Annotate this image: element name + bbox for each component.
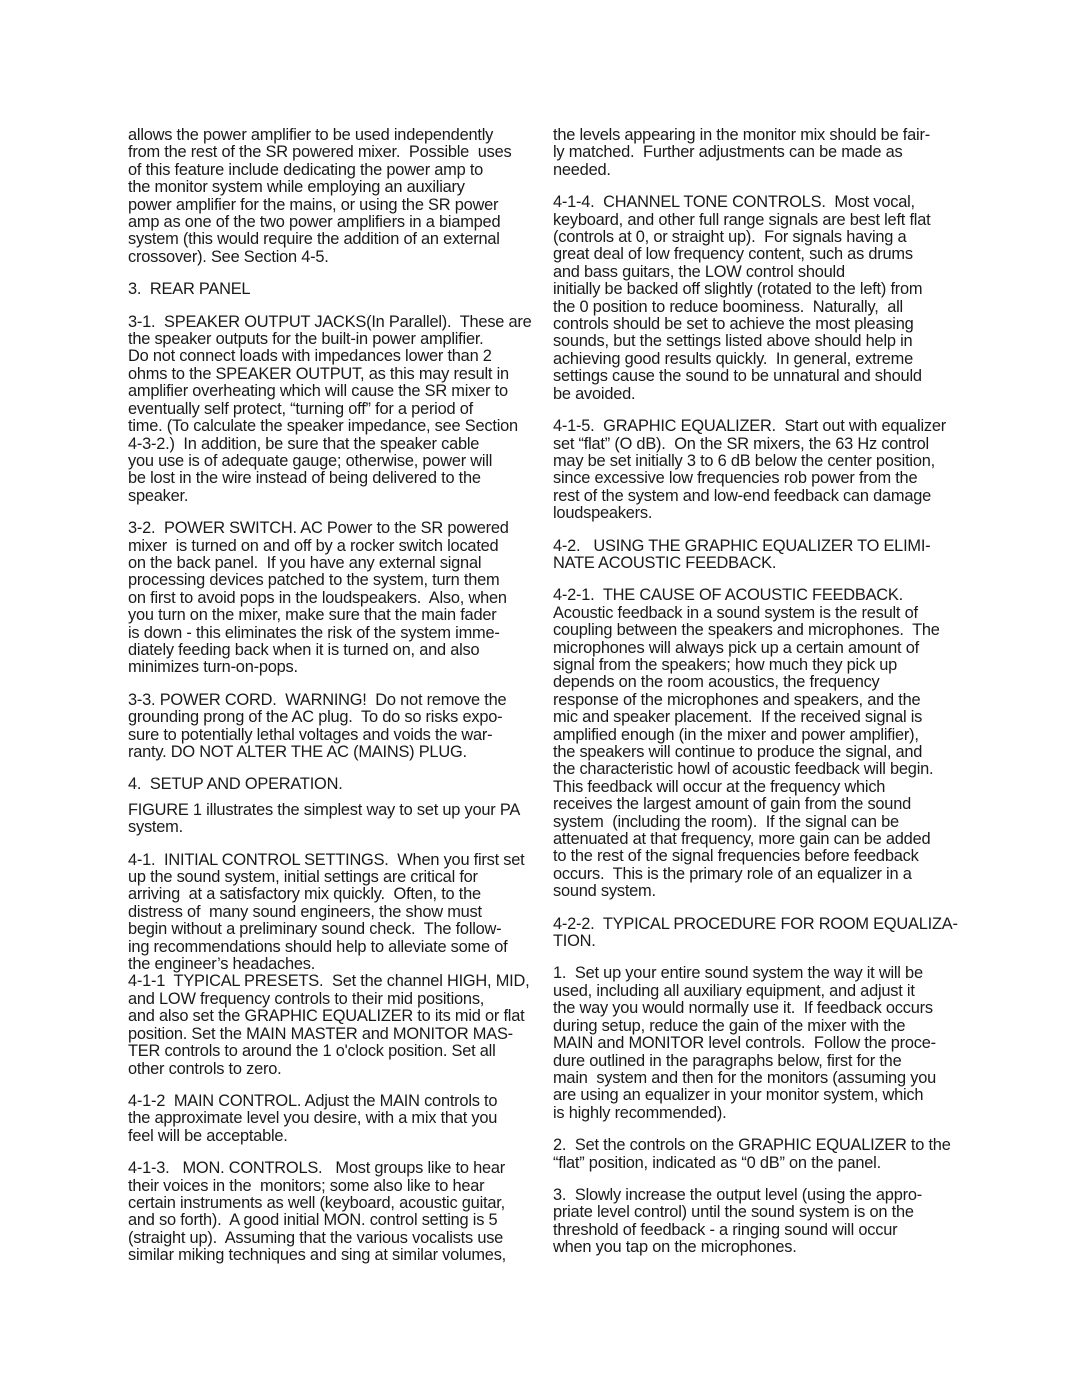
text-line: used, including all auxiliary equipment,… [553, 983, 971, 1000]
text-line: begin without a preliminary sound check.… [128, 921, 546, 938]
text-line: amplified enough (in the mixer and power… [553, 727, 971, 744]
text-line: FIGURE 1 illustrates the simplest way to… [128, 802, 546, 819]
section-heading: 4-2-2. TYPICAL PROCEDURE FOR ROOM EQUALI… [553, 916, 971, 951]
text-line: occurs. This is the primary role of an e… [553, 866, 971, 883]
text-line: the way you would normally use it. If fe… [553, 1000, 971, 1017]
text-line: when you tap on the microphones. [553, 1239, 971, 1256]
text-line: (straight up). Assuming that the various… [128, 1230, 546, 1247]
text-line: loudspeakers. [553, 505, 971, 522]
text-line: is down - this eliminates the risk of th… [128, 625, 546, 642]
text-line: the speaker outputs for the built-in pow… [128, 331, 546, 348]
text-line: position. Set the MAIN MASTER and MONITO… [128, 1026, 546, 1043]
text-line: 3-1. SPEAKER OUTPUT JACKS(In Parallel). … [128, 314, 546, 331]
text-line: the characteristic howl of acoustic feed… [553, 761, 971, 778]
text-line: attenuated at that frequency, more gain … [553, 831, 971, 848]
text-line: the monitor system while employing an au… [128, 179, 546, 196]
paragraph: 4-1-2 MAIN CONTROL. Adjust the MAIN cont… [128, 1093, 546, 1145]
text-line: is highly recommended). [553, 1105, 971, 1122]
right-column: the levels appearing in the monitor mix … [553, 127, 971, 1257]
text-line: 4-1-4. CHANNEL TONE CONTROLS. Most vocal… [553, 194, 971, 211]
text-line: 3-2. POWER SWITCH. AC Power to the SR po… [128, 520, 546, 537]
text-line: from the rest of the SR powered mixer. P… [128, 144, 546, 161]
text-line: certain instruments as well (keyboard, a… [128, 1195, 546, 1212]
text-line: rest of the system and low-end feedback … [553, 488, 971, 505]
text-line: system (including the room). If the sign… [553, 814, 971, 831]
paragraph: 4-1-1 TYPICAL PRESETS. Set the channel H… [128, 973, 546, 1077]
text-line: eventually self protect, “turning off” f… [128, 401, 546, 418]
text-line: distress of many sound engineers, the sh… [128, 904, 546, 921]
text-line: 4-1-5. GRAPHIC EQUALIZER. Start out with… [553, 418, 971, 435]
text-line: 4-2. USING THE GRAPHIC EQUALIZER TO ELIM… [553, 538, 971, 555]
text-line: TION. [553, 933, 971, 950]
text-line: ranty. DO NOT ALTER THE AC (MAINS) PLUG. [128, 744, 546, 761]
text-line: of this feature include dedicating the p… [128, 162, 546, 179]
text-line: set “flat” (O dB). On the SR mixers, the… [553, 436, 971, 453]
text-line: receives the largest amount of gain from… [553, 796, 971, 813]
text-line: main system and then for the monitors (a… [553, 1070, 971, 1087]
text-line: to the rest of the signal frequencies be… [553, 848, 971, 865]
text-line: mic and speaker placement. If the receiv… [553, 709, 971, 726]
paragraph: 4-1-4. CHANNEL TONE CONTROLS. Most vocal… [553, 194, 971, 403]
text-line: you turn on the mixer, make sure that th… [128, 607, 546, 624]
text-line: other controls to zero. [128, 1061, 546, 1078]
text-line: grounding prong of the AC plug. To do so… [128, 709, 546, 726]
text-line: processing devices patched to the system… [128, 572, 546, 589]
text-line: up the sound system, initial settings ar… [128, 869, 546, 886]
paragraph: allows the power amplifier to be used in… [128, 127, 546, 266]
paragraph: FIGURE 1 illustrates the simplest way to… [128, 802, 546, 837]
text-line: amplifier overheating which will cause t… [128, 383, 546, 400]
text-line: great deal of low frequency content, suc… [553, 246, 971, 263]
text-line: 1. Set up your entire sound system the w… [553, 965, 971, 982]
text-line: the 0 position to reduce boominess. Natu… [553, 299, 971, 316]
text-line: time. (To calculate the speaker impedanc… [128, 418, 546, 435]
text-line: MAIN and MONITOR level controls. Follow … [553, 1035, 971, 1052]
text-line: you use is of adequate gauge; otherwise,… [128, 453, 546, 470]
paragraph: 3-2. POWER SWITCH. AC Power to the SR po… [128, 520, 546, 677]
text-line: and LOW frequency controls to their mid … [128, 991, 546, 1008]
text-line: on first to avoid pops in the loudspeake… [128, 590, 546, 607]
paragraph: 3-3. POWER CORD. WARNING! Do not remove … [128, 692, 546, 762]
text-line: 4-1-2 MAIN CONTROL. Adjust the MAIN cont… [128, 1093, 546, 1110]
text-line: amp as one of the two power amplifiers i… [128, 214, 546, 231]
text-line: ly matched. Further adjustments can be m… [553, 144, 971, 161]
paragraph: 3. Slowly increase the output level (usi… [553, 1187, 971, 1257]
text-line: are using an equalizer in your monitor s… [553, 1087, 971, 1104]
text-line: 4. SETUP AND OPERATION. [128, 776, 546, 793]
text-line: dure outlined in the paragraphs below, f… [553, 1053, 971, 1070]
text-line: 4-3-2.) In addition, be sure that the sp… [128, 436, 546, 453]
text-line: allows the power amplifier to be used in… [128, 127, 546, 144]
text-line: and so forth). A good initial MON. contr… [128, 1212, 546, 1229]
text-line: “flat” position, indicated as “0 dB” on … [553, 1155, 971, 1172]
text-line: speaker. [128, 488, 546, 505]
text-line: mixer is turned on and off by a rocker s… [128, 538, 546, 555]
text-line: NATE ACOUSTIC FEEDBACK. [553, 555, 971, 572]
text-line: and bass guitars, the LOW control should [553, 264, 971, 281]
text-line: needed. [553, 162, 971, 179]
text-line: keyboard, and other full range signals a… [553, 212, 971, 229]
text-line: system (this would require the addition … [128, 231, 546, 248]
text-line: Do not connect loads with impedances low… [128, 348, 546, 365]
section-heading: 4. SETUP AND OPERATION. [128, 776, 546, 793]
text-line: their voices in the monitors; some also … [128, 1178, 546, 1195]
document-page: allows the power amplifier to be used in… [0, 0, 1080, 1397]
section-heading: 3. REAR PANEL [128, 281, 546, 298]
section-heading: 4-2. USING THE GRAPHIC EQUALIZER TO ELIM… [553, 538, 971, 573]
text-line: 3-3. POWER CORD. WARNING! Do not remove … [128, 692, 546, 709]
paragraph: 4-1. INITIAL CONTROL SETTINGS. When you … [128, 852, 546, 974]
text-line: the approximate level you desire, with a… [128, 1110, 546, 1127]
text-line: 4-1-1 TYPICAL PRESETS. Set the channel H… [128, 973, 546, 990]
text-line: crossover). See Section 4-5. [128, 249, 546, 266]
text-line: threshold of feedback - a ringing sound … [553, 1222, 971, 1239]
text-line: response of the microphones and speakers… [553, 692, 971, 709]
text-line: (controls at 0, or straight up). For sig… [553, 229, 971, 246]
text-line: 3. Slowly increase the output level (usi… [553, 1187, 971, 1204]
text-line: the levels appearing in the monitor mix … [553, 127, 971, 144]
text-line: diately feeding back when it is turned o… [128, 642, 546, 659]
text-line: This feedback will occur at the frequenc… [553, 779, 971, 796]
text-line: controls should be set to achieve the mo… [553, 316, 971, 333]
text-line: power amplifier for the mains, or using … [128, 197, 546, 214]
text-line: 2. Set the controls on the GRAPHIC EQUAL… [553, 1137, 971, 1154]
text-line: ing recommendations should help to allev… [128, 939, 546, 956]
text-line: 4-1-3. MON. CONTROLS. Most groups like t… [128, 1160, 546, 1177]
paragraph: the levels appearing in the monitor mix … [553, 127, 971, 179]
text-line: Acoustic feedback in a sound system is t… [553, 605, 971, 622]
text-line: system. [128, 819, 546, 836]
text-line: 4-1. INITIAL CONTROL SETTINGS. When you … [128, 852, 546, 869]
paragraph: 4-1-5. GRAPHIC EQUALIZER. Start out with… [553, 418, 971, 522]
text-line: priate level control) until the sound sy… [553, 1204, 971, 1221]
text-line: since excessive low frequencies rob powe… [553, 470, 971, 487]
text-line: 4-2-2. TYPICAL PROCEDURE FOR ROOM EQUALI… [553, 916, 971, 933]
paragraph: 3-1. SPEAKER OUTPUT JACKS(In Parallel). … [128, 314, 546, 505]
text-line: may be set initially 3 to 6 dB below the… [553, 453, 971, 470]
text-line: sound system. [553, 883, 971, 900]
paragraph: 1. Set up your entire sound system the w… [553, 965, 971, 1122]
text-line: sure to potentially lethal voltages and … [128, 727, 546, 744]
text-line: sounds, but the settings listed above sh… [553, 333, 971, 350]
text-line: on the back panel. If you have any exter… [128, 555, 546, 572]
paragraph: 4-1-3. MON. CONTROLS. Most groups like t… [128, 1160, 546, 1264]
text-line: TER controls to around the 1 o'clock pos… [128, 1043, 546, 1060]
text-line: ohms to the SPEAKER OUTPUT, as this may … [128, 366, 546, 383]
text-line: initially be backed off slightly (rotate… [553, 281, 971, 298]
text-line: settings cause the sound to be unnatural… [553, 368, 971, 385]
text-line: depends on the room acoustics, the frequ… [553, 674, 971, 691]
text-line: achieving good results quickly. In gener… [553, 351, 971, 368]
text-line: the speakers will continue to produce th… [553, 744, 971, 761]
text-line: during setup, reduce the gain of the mix… [553, 1018, 971, 1035]
text-line: the engineer’s headaches. [128, 956, 546, 973]
text-line: signal from the speakers; how much they … [553, 657, 971, 674]
text-line: coupling between the speakers and microp… [553, 622, 971, 639]
text-line: microphones will always pick up a certai… [553, 640, 971, 657]
text-line: 3. REAR PANEL [128, 281, 546, 298]
paragraph: 2. Set the controls on the GRAPHIC EQUAL… [553, 1137, 971, 1172]
text-line: be lost in the wire instead of being del… [128, 470, 546, 487]
text-line: and also set the GRAPHIC EQUALIZER to it… [128, 1008, 546, 1025]
text-line: be avoided. [553, 386, 971, 403]
text-line: minimizes turn-on-pops. [128, 659, 546, 676]
text-line: 4-2-1. THE CAUSE OF ACOUSTIC FEEDBACK. [553, 587, 971, 604]
text-line: arriving at a satisfactory mix quickly. … [128, 886, 546, 903]
text-line: feel will be acceptable. [128, 1128, 546, 1145]
paragraph: 4-2-1. THE CAUSE OF ACOUSTIC FEEDBACK.Ac… [553, 587, 971, 900]
left-column: allows the power amplifier to be used in… [128, 127, 546, 1265]
text-line: similar miking techniques and sing at si… [128, 1247, 546, 1264]
